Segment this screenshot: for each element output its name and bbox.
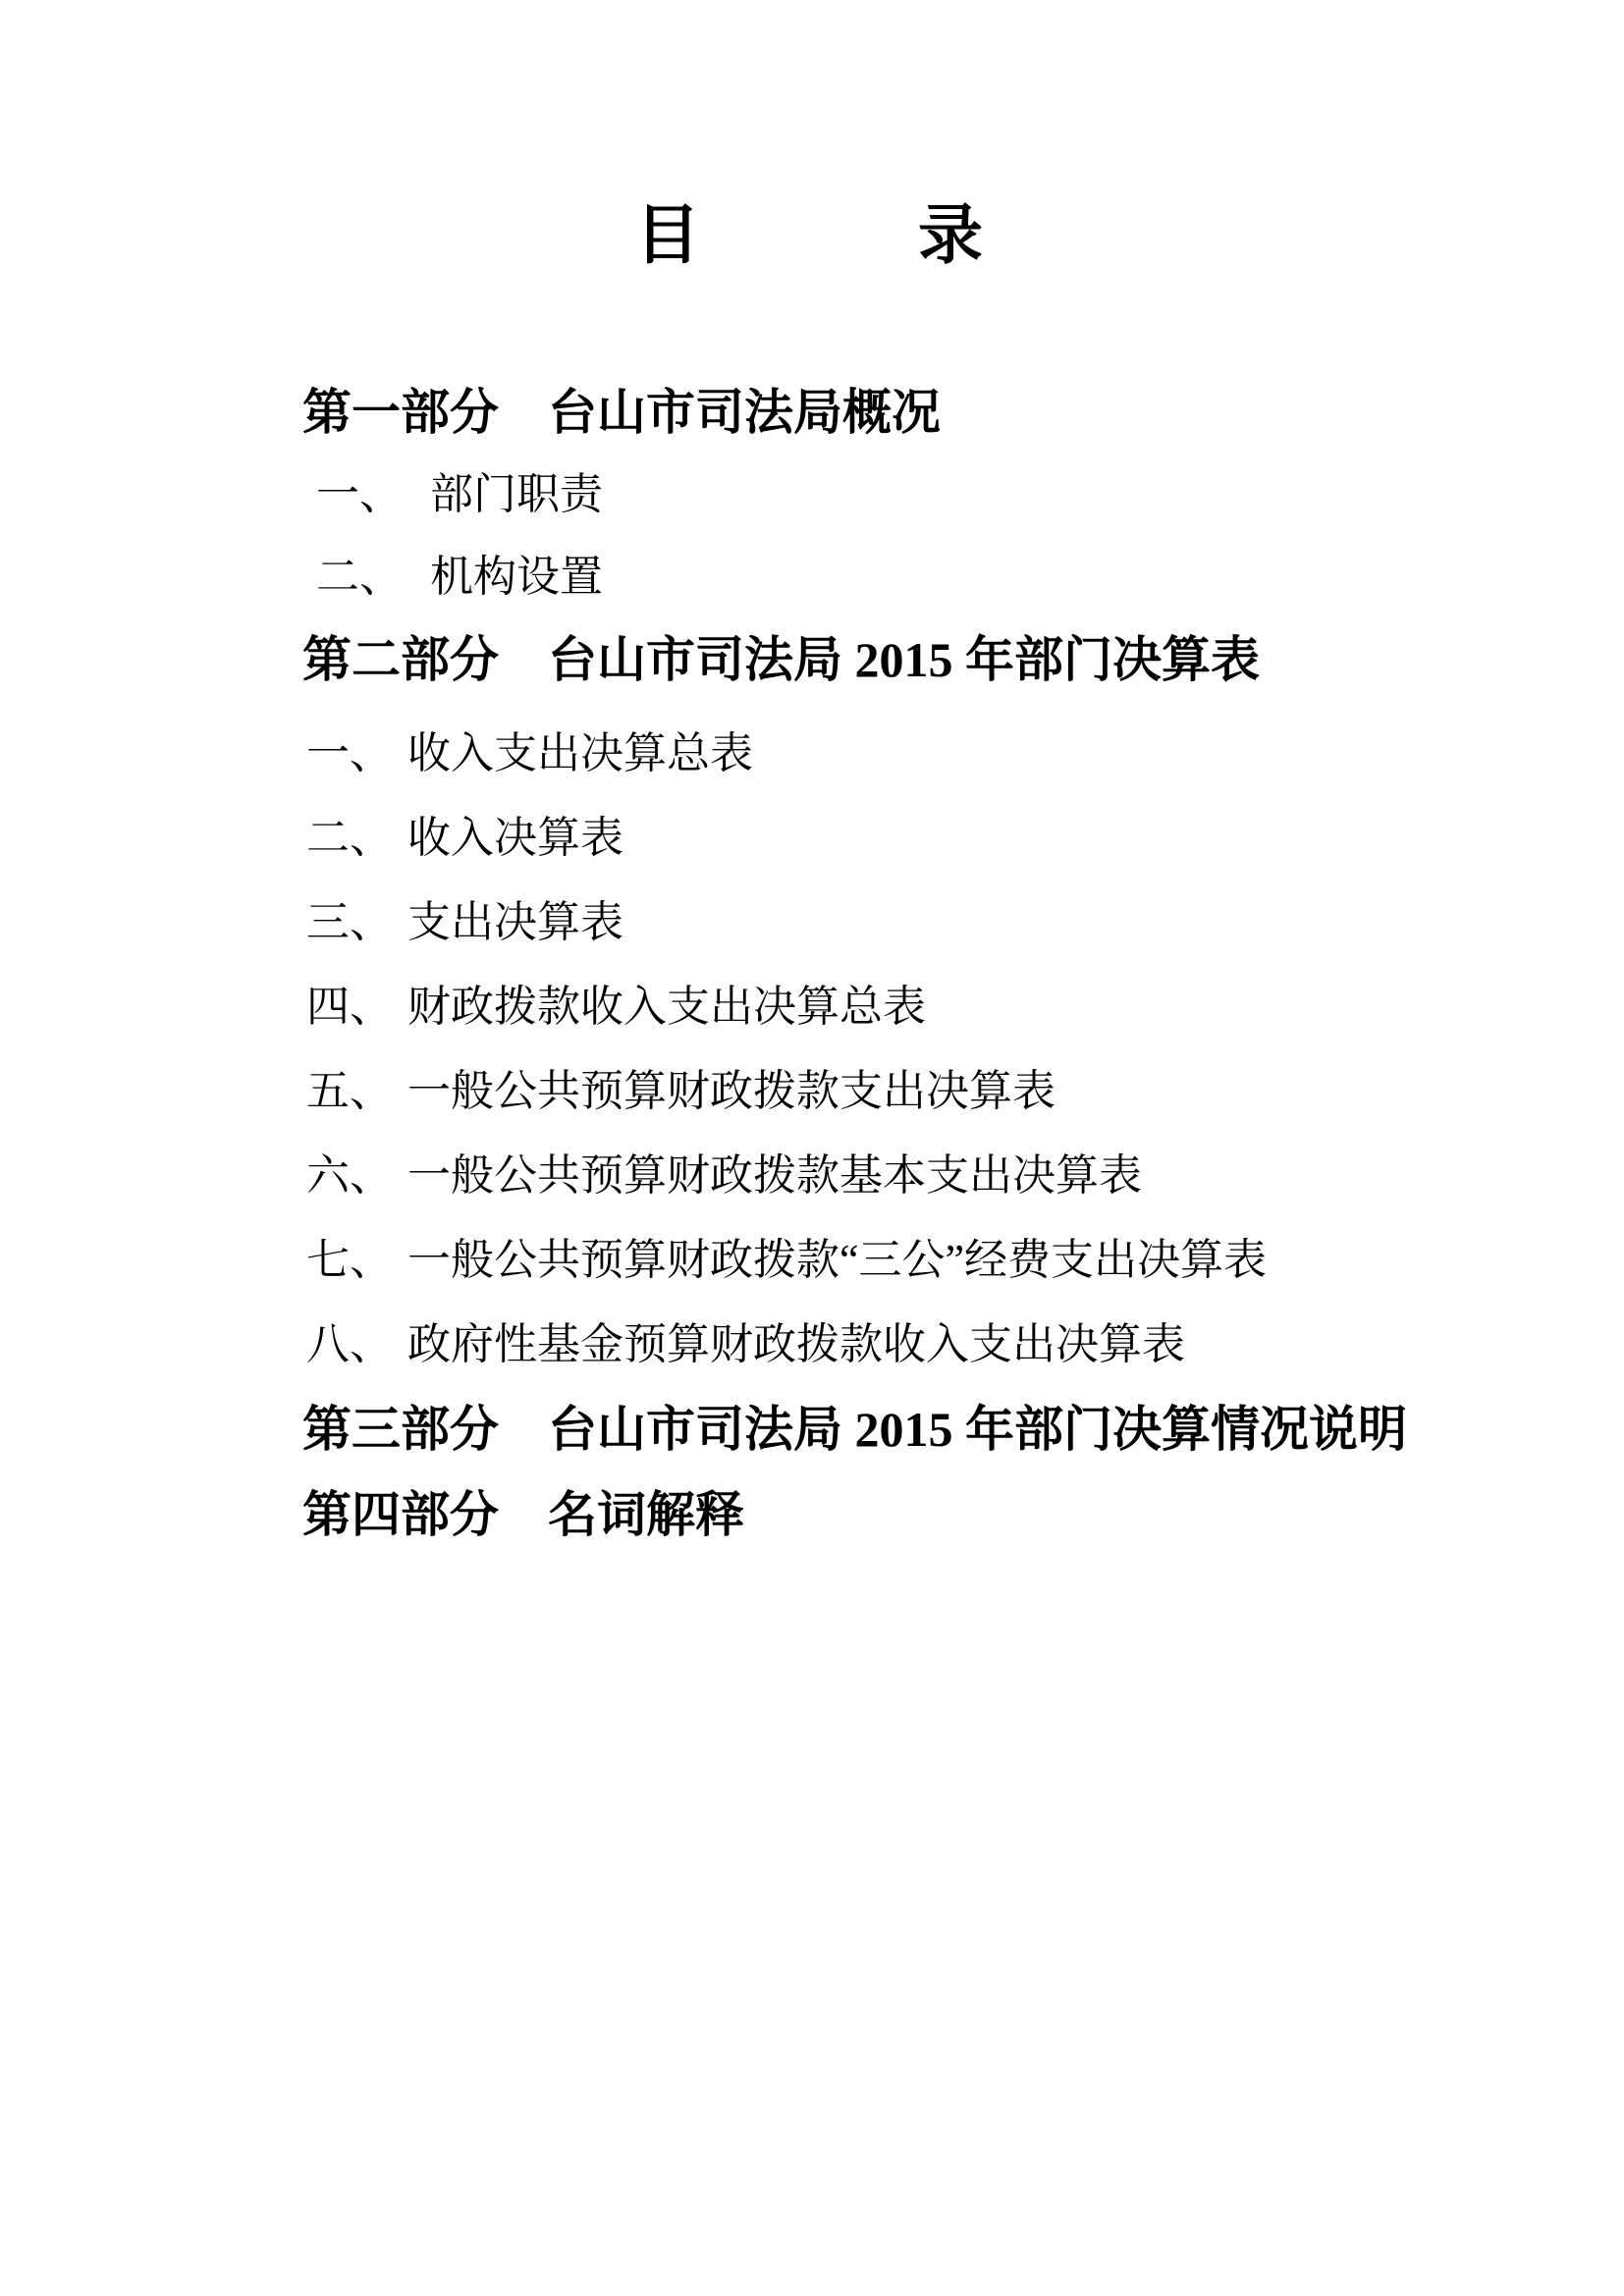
toc-item-number: 一、 [316,473,430,516]
toc-item-part1-2: 二、机构设置 [0,556,1624,599]
toc-item-text: 一般公共预算财政拨款支出决算表 [407,1067,1056,1115]
toc-item-part2-1: 一、收入支出决算总表 [0,732,1624,775]
toc-item-part2-2: 二、收入决算表 [0,817,1624,860]
toc-item-text: 收入决算表 [407,814,623,862]
toc-item-text: 支出决算表 [407,898,623,946]
toc-item-text: 一般公共预算财政拨款“三公”经费支出决算表 [407,1236,1267,1284]
toc-item-text: 政府性基金预算财政拨款收入支出决算表 [407,1320,1185,1368]
toc-item-number: 二、 [306,817,407,860]
toc-item-number: 五、 [306,1070,407,1113]
toc-item-number: 六、 [306,1154,407,1198]
toc-item-text: 财政拨款收入支出决算总表 [407,983,926,1031]
toc-item-number: 二、 [316,556,430,599]
toc-heading-part1: 第一部分 台山市司法局概况 [0,388,1624,437]
document-page: 目 录 第一部分 台山市司法局概况 一、部门职责 二、机构设置 第二部分 台山市… [0,0,1624,2296]
toc-item-text: 一般公共预算财政拨款基本支出决算表 [407,1151,1142,1200]
toc-item-text: 机构设置 [430,553,603,601]
toc-item-number: 八、 [306,1323,407,1366]
toc-item-part1-1: 一、部门职责 [0,473,1624,516]
toc-item-number: 七、 [306,1239,407,1282]
toc-heading-part3: 第三部分 台山市司法局 2015 年部门决算情况说明 [0,1405,1624,1454]
toc-item-text: 部门职责 [430,470,603,518]
toc-item-part2-8: 八、政府性基金预算财政拨款收入支出决算表 [0,1323,1624,1366]
toc-item-part2-5: 五、一般公共预算财政拨款支出决算表 [0,1070,1624,1113]
toc-item-part2-7: 七、一般公共预算财政拨款“三公”经费支出决算表 [0,1239,1624,1282]
toc-item-number: 三、 [306,901,407,944]
toc-heading-part4: 第四部分 名词解释 [0,1490,1624,1539]
toc-item-number: 四、 [306,986,407,1029]
toc-item-part2-3: 三、支出决算表 [0,901,1624,944]
page-title: 目 录 [0,204,1624,269]
toc-item-number: 一、 [306,732,407,775]
toc-heading-part2: 第二部分 台山市司法局 2015 年部门决算表 [0,635,1624,684]
toc-item-part2-4: 四、财政拨款收入支出决算总表 [0,986,1624,1029]
toc-item-part2-6: 六、一般公共预算财政拨款基本支出决算表 [0,1154,1624,1198]
toc-item-text: 收入支出决算总表 [407,729,753,777]
